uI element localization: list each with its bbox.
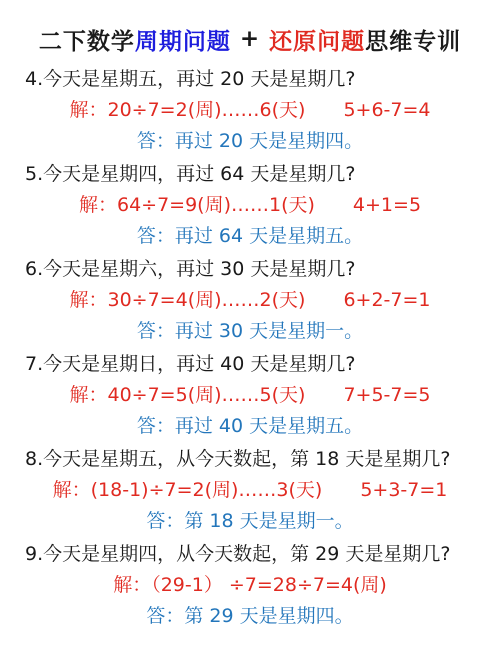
problem-5-solution: 解：64÷7=9(周)……1(天)4+1=5: [0, 190, 500, 221]
problem-9-question: 9.今天是星期四，从今天数起，第 29 天是星期几?: [0, 539, 500, 570]
answer-label: 答：: [137, 415, 175, 437]
worksheet-page: 二下数学周期问题+还原问题思维专训 4.今天是星期五，再过 20 天是星期几? …: [0, 0, 500, 647]
solution-check-expression: 5+6-7=4: [343, 99, 430, 121]
solution-expression: 20÷7=2(周)……6(天): [108, 99, 306, 121]
title-seg-plus: +: [240, 26, 260, 52]
title-seg-cycle-topic: 周期问题: [135, 23, 231, 56]
solution-check-expression: 4+1=5: [353, 194, 421, 216]
problem-9: 9.今天是星期四，从今天数起，第 29 天是星期几? 解：（29-1） ÷7=2…: [0, 539, 500, 632]
answer-label: 答：: [146, 605, 184, 627]
solution-label: 解：: [69, 99, 107, 121]
answer-text: 第 29 天是星期四。: [184, 605, 353, 627]
problem-7-answer: 答：再过 40 天是星期五。: [0, 411, 500, 442]
answer-label: 答：: [137, 225, 175, 247]
problem-6-question: 6.今天是星期六，再过 30 天是星期几?: [0, 254, 500, 285]
problem-4: 4.今天是星期五，再过 20 天是星期几? 解：20÷7=2(周)……6(天)5…: [0, 64, 500, 157]
solution-check-expression: 6+2-7=1: [343, 289, 430, 311]
answer-text: 第 18 天是星期一。: [184, 510, 353, 532]
solution-expression: (18-1)÷7=2(周)……3(天): [91, 479, 323, 501]
answer-label: 答：: [137, 320, 175, 342]
solution-check-expression: 5+3-7=1: [360, 479, 447, 501]
solution-label: 解：: [113, 574, 151, 596]
solution-label: 解：: [69, 384, 107, 406]
solution-expression: 30÷7=4(周)……2(天): [108, 289, 306, 311]
solution-expression: 40÷7=5(周)……5(天): [108, 384, 306, 406]
problem-list: 4.今天是星期五，再过 20 天是星期几? 解：20÷7=2(周)……6(天)5…: [0, 64, 500, 632]
solution-expression: 64÷7=9(周)……1(天): [117, 194, 315, 216]
problem-5: 5.今天是星期四，再过 64 天是星期几? 解：64÷7=9(周)……1(天)4…: [0, 159, 500, 252]
problem-6-answer: 答：再过 30 天是星期一。: [0, 316, 500, 347]
page-title: 二下数学周期问题+还原问题思维专训: [0, 24, 500, 54]
problem-8: 8.今天是星期五，从今天数起，第 18 天是星期几? 解：(18-1)÷7=2(…: [0, 444, 500, 537]
answer-text: 再过 20 天是星期四。: [175, 130, 363, 152]
answer-label: 答：: [146, 510, 184, 532]
problem-8-solution: 解：(18-1)÷7=2(周)……3(天)5+3-7=1: [0, 475, 500, 506]
problem-4-question: 4.今天是星期五，再过 20 天是星期几?: [0, 64, 500, 95]
problem-8-question: 8.今天是星期五，从今天数起，第 18 天是星期几?: [0, 444, 500, 475]
title-seg-restore-topic: 还原问题: [269, 23, 365, 56]
problem-8-answer: 答：第 18 天是星期一。: [0, 506, 500, 537]
problem-6: 6.今天是星期六，再过 30 天是星期几? 解：30÷7=4(周)……2(天)6…: [0, 254, 500, 347]
problem-9-solution: 解：（29-1） ÷7=28÷7=4(周): [0, 570, 500, 601]
solution-label: 解：: [69, 289, 107, 311]
problem-9-answer: 答：第 29 天是星期四。: [0, 601, 500, 632]
problem-5-question: 5.今天是星期四，再过 64 天是星期几?: [0, 159, 500, 190]
problem-5-answer: 答：再过 64 天是星期五。: [0, 221, 500, 252]
problem-7-question: 7.今天是星期日，再过 40 天是星期几?: [0, 349, 500, 380]
answer-text: 再过 40 天是星期五。: [175, 415, 363, 437]
title-seg-suffix: 思维专训: [365, 23, 461, 56]
problem-7-solution: 解：40÷7=5(周)……5(天)7+5-7=5: [0, 380, 500, 411]
problem-4-solution: 解：20÷7=2(周)……6(天)5+6-7=4: [0, 95, 500, 126]
problem-7: 7.今天是星期日，再过 40 天是星期几? 解：40÷7=5(周)……5(天)7…: [0, 349, 500, 442]
answer-text: 再过 30 天是星期一。: [175, 320, 363, 342]
answer-text: 再过 64 天是星期五。: [175, 225, 363, 247]
solution-expression: （29-1） ÷7=28÷7=4(周): [151, 574, 387, 596]
title-seg-course: 二下数学: [39, 23, 135, 56]
answer-label: 答：: [137, 130, 175, 152]
solution-label: 解：: [53, 479, 91, 501]
problem-6-solution: 解：30÷7=4(周)……2(天)6+2-7=1: [0, 285, 500, 316]
solution-check-expression: 7+5-7=5: [343, 384, 430, 406]
problem-4-answer: 答：再过 20 天是星期四。: [0, 126, 500, 157]
solution-label: 解：: [79, 194, 117, 216]
